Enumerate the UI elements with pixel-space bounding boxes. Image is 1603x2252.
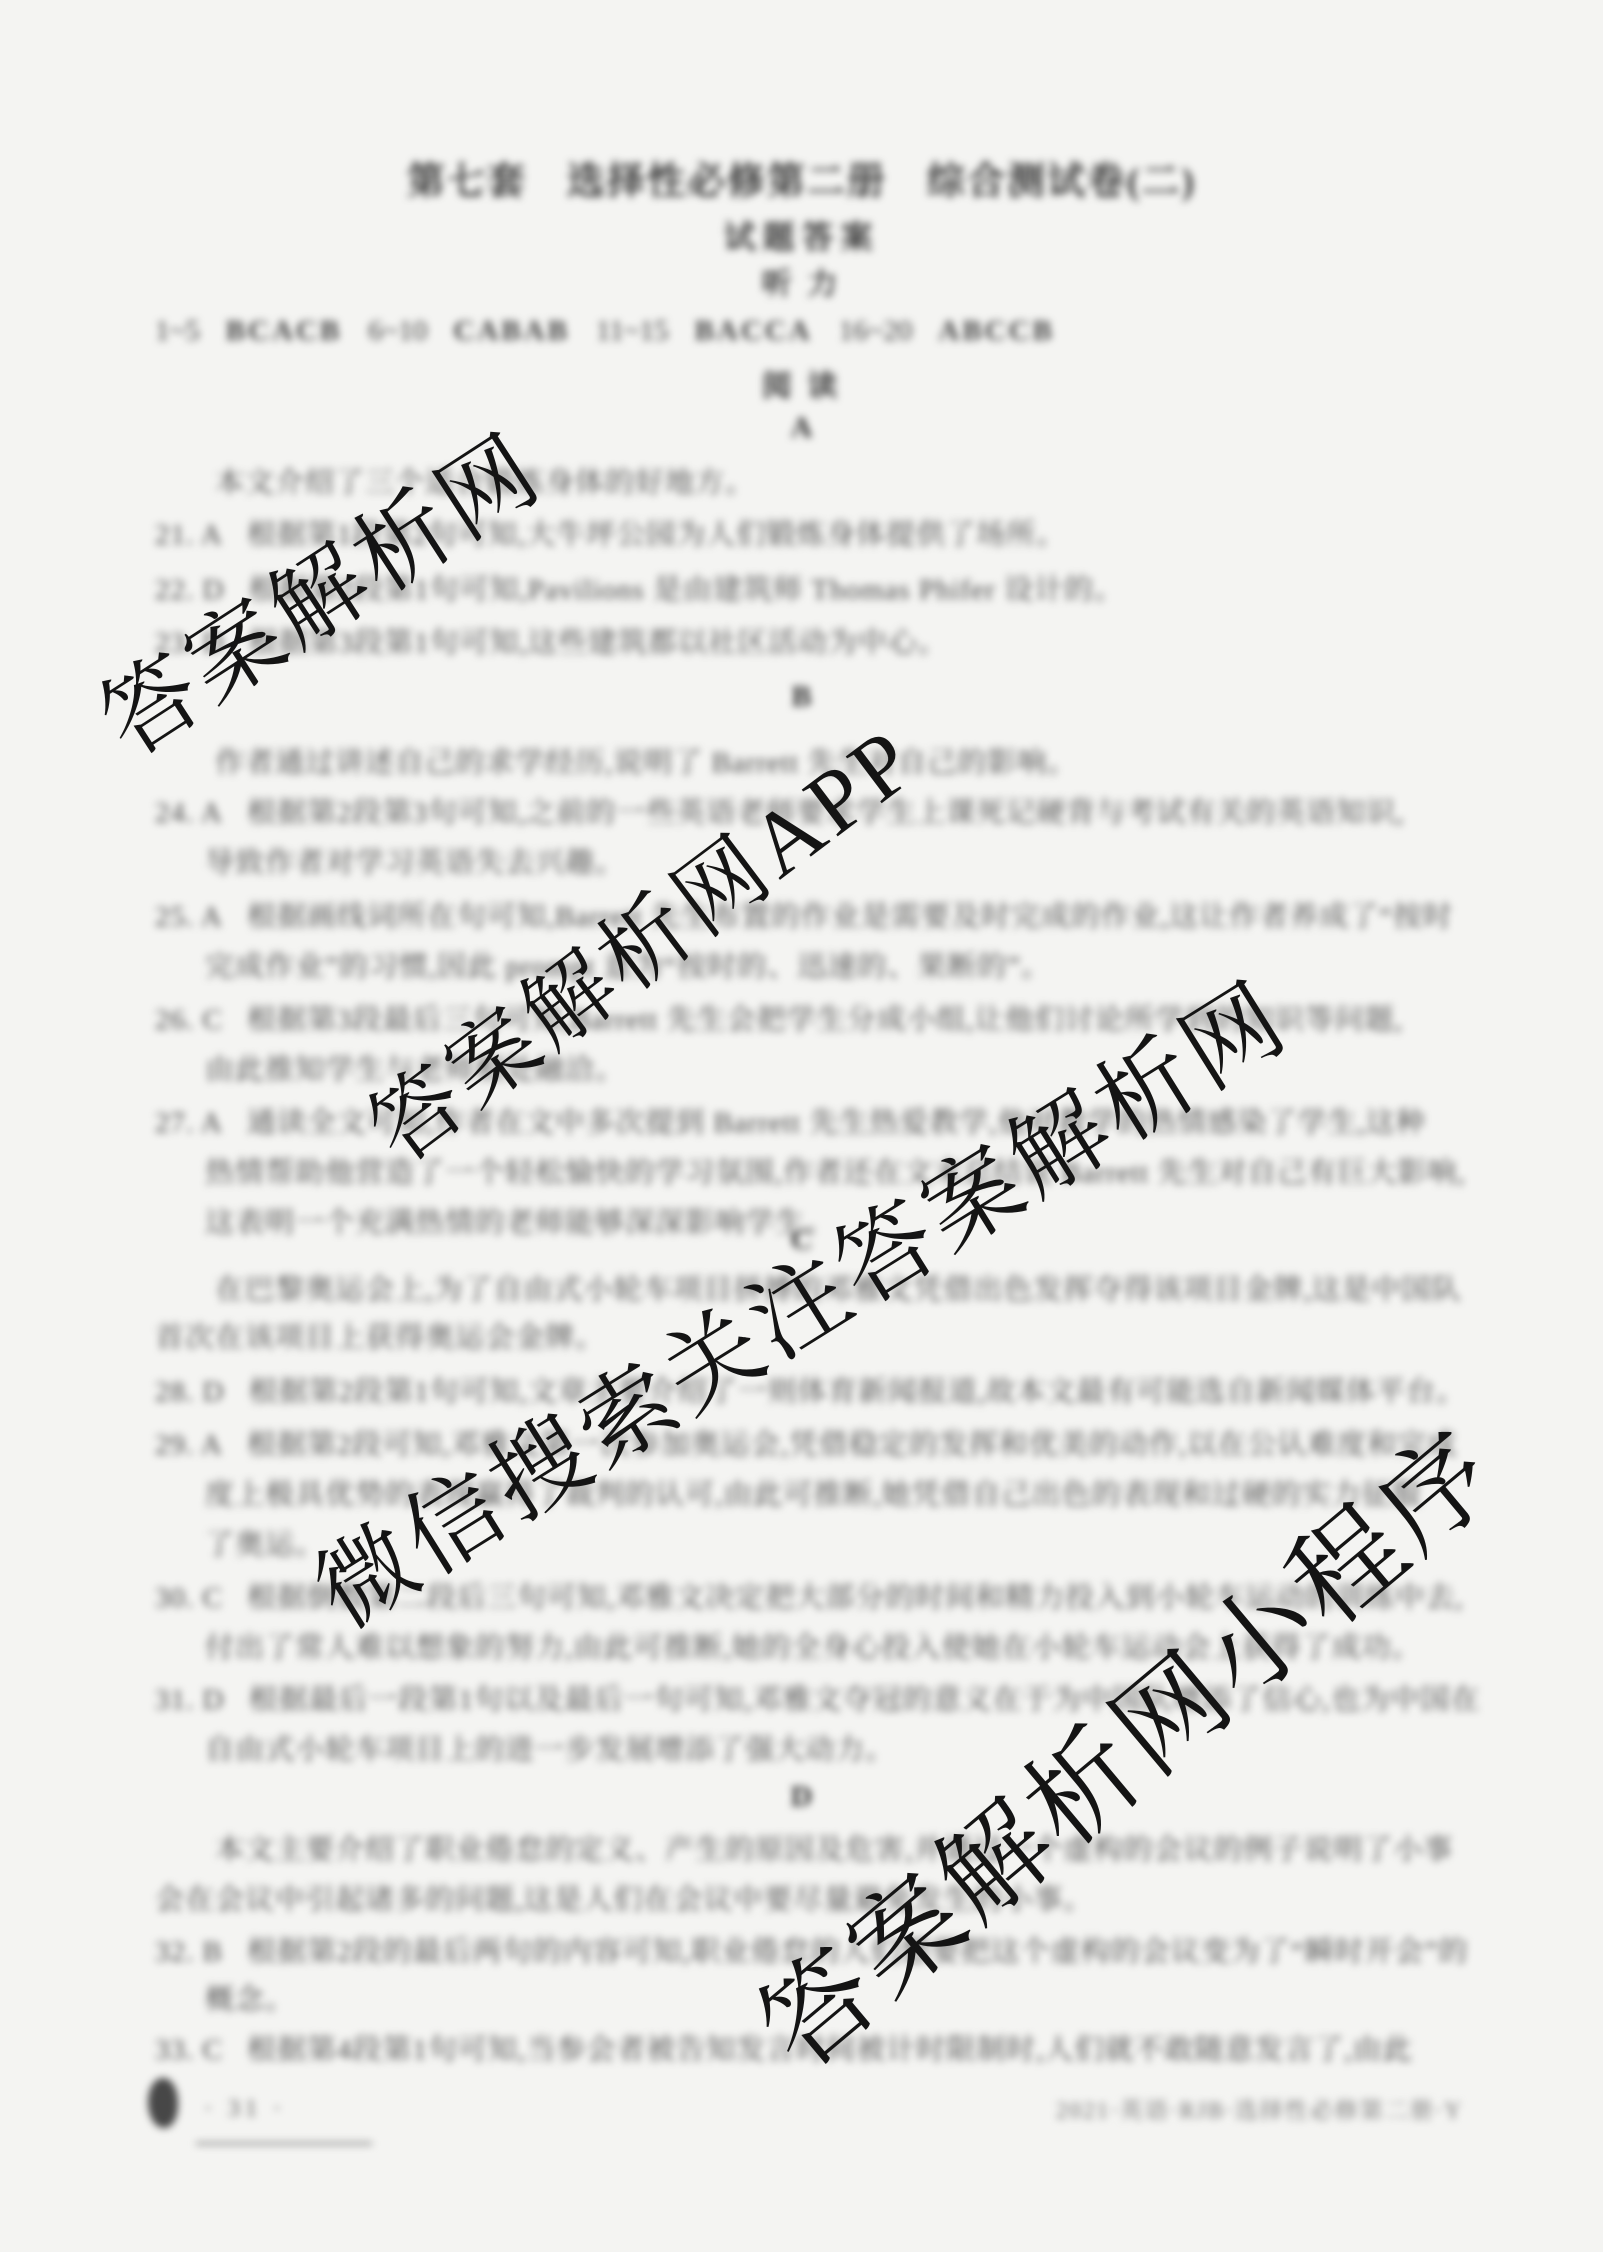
item-number: 33. C bbox=[155, 2030, 223, 2070]
item-number: 30. C bbox=[155, 1578, 223, 1618]
answer-range: 6~10 bbox=[368, 311, 427, 351]
footer-edition-info: 2021·英语·RJB·选择性必修第二册·Y bbox=[1056, 2092, 1463, 2125]
document-title: 第七套 选择性必修第二册 综合测试卷(二) bbox=[0, 150, 1603, 205]
answers-subtitle: 试题答案 bbox=[0, 212, 1603, 258]
passage-label-a: A bbox=[0, 411, 1603, 445]
item-number: 31. D bbox=[155, 1680, 224, 1720]
body-line: 概念。 bbox=[205, 1980, 295, 2020]
body-line: 28. D根据第2段第1句可知,文章主要介绍了一则体育新闻报道,故本文最有可能选… bbox=[155, 1372, 1466, 1412]
body-line: 导致作者对学习英语失去兴趣。 bbox=[205, 843, 625, 883]
line-text: 导致作者对学习英语失去兴趣。 bbox=[205, 847, 625, 879]
section-listening-header: 听 力 bbox=[0, 259, 1603, 303]
answer-range: 1~5 bbox=[155, 311, 200, 351]
footer-underline bbox=[196, 2142, 372, 2145]
passage-label-d: D bbox=[0, 1780, 1603, 1814]
listening-answer-key: 1~5 BCACB 6~10 CABAB 11~15 BACCA 16~20 A… bbox=[155, 311, 1055, 351]
answer-letters: ABCCB bbox=[938, 311, 1055, 351]
answer-letters: CABAB bbox=[453, 311, 570, 351]
section-reading-header: 阅 读 bbox=[0, 361, 1603, 405]
item-number: 26. C bbox=[155, 1000, 223, 1040]
line-text: 作者通过讲述自己的求学经历,说明了 Barrett 先生对自己的影响。 bbox=[215, 747, 1077, 779]
line-text: 本文主要介绍了职业倦怠的定义、产生的原因及危害,并通过一个虚构的会议的例子说明了… bbox=[215, 1834, 1453, 1866]
body-line: 29. A根据第2段可知,邓雅文第一次参加奥运会,凭借稳定的发挥和优美的动作,以… bbox=[155, 1425, 1457, 1465]
item-number: 28. D bbox=[155, 1372, 224, 1412]
footer-page-number: · 31 · bbox=[204, 2096, 286, 2123]
answer-range: 16~20 bbox=[839, 311, 913, 351]
item-number: 27. A bbox=[155, 1103, 223, 1143]
body-line: 本文主要介绍了职业倦怠的定义、产生的原因及危害,并通过一个虚构的会议的例子说明了… bbox=[215, 1830, 1453, 1870]
answer-letters: BACCA bbox=[695, 311, 813, 351]
body-line: 25. A根据画线词所在句可知,Barrett 先生布置的作业是需要及时完成的作… bbox=[155, 897, 1453, 937]
item-number: 32. B bbox=[155, 1932, 223, 1972]
line-text: 首次在该项目上获得奥运会金牌。 bbox=[155, 1322, 605, 1354]
line-text: 根据画线词所在句可知,Barrett 先生布置的作业是需要及时完成的作业,这让作… bbox=[247, 901, 1453, 933]
line-text: 热情帮助他营造了一个轻松愉快的学习氛围,作者还在文末总结说 Barrett 先生… bbox=[205, 1157, 1466, 1189]
item-number: 21. A bbox=[155, 515, 223, 555]
body-line: 作者通过讲述自己的求学经历,说明了 Barrett 先生对自己的影响。 bbox=[215, 743, 1077, 783]
body-line: 首次在该项目上获得奥运会金牌。 bbox=[155, 1318, 605, 1358]
body-line: 27. A通读全文可知,作者在文中多次提到 Barrett 先生热爱教学,他对教… bbox=[155, 1103, 1426, 1143]
body-line: 自由式小轮车项目上的进一步发展增添了强大动力。 bbox=[205, 1730, 895, 1770]
line-text: 概念。 bbox=[205, 1984, 295, 2016]
answer-range: 11~15 bbox=[596, 311, 669, 351]
body-line: 这表明一个充满热情的老师能够深深影响学生。 bbox=[205, 1203, 835, 1243]
line-text: 自由式小轮车项目上的进一步发展增添了强大动力。 bbox=[205, 1734, 895, 1766]
item-number: 29. A bbox=[155, 1425, 223, 1465]
item-number: 25. A bbox=[155, 897, 223, 937]
item-number: 24. A bbox=[155, 793, 223, 833]
line-text: 根据第2段第1句可知,文章主要介绍了一则体育新闻报道,故本文最有可能选自新闻媒体… bbox=[248, 1376, 1466, 1408]
answer-letters: BCACB bbox=[226, 311, 343, 351]
scanned-answer-page: 第七套 选择性必修第二册 综合测试卷(二) 试题答案 听 力 1~5 BCACB… bbox=[0, 0, 1603, 2252]
footer-ink-blot bbox=[148, 2078, 178, 2128]
line-text: 这表明一个充满热情的老师能够深深影响学生。 bbox=[205, 1207, 835, 1239]
